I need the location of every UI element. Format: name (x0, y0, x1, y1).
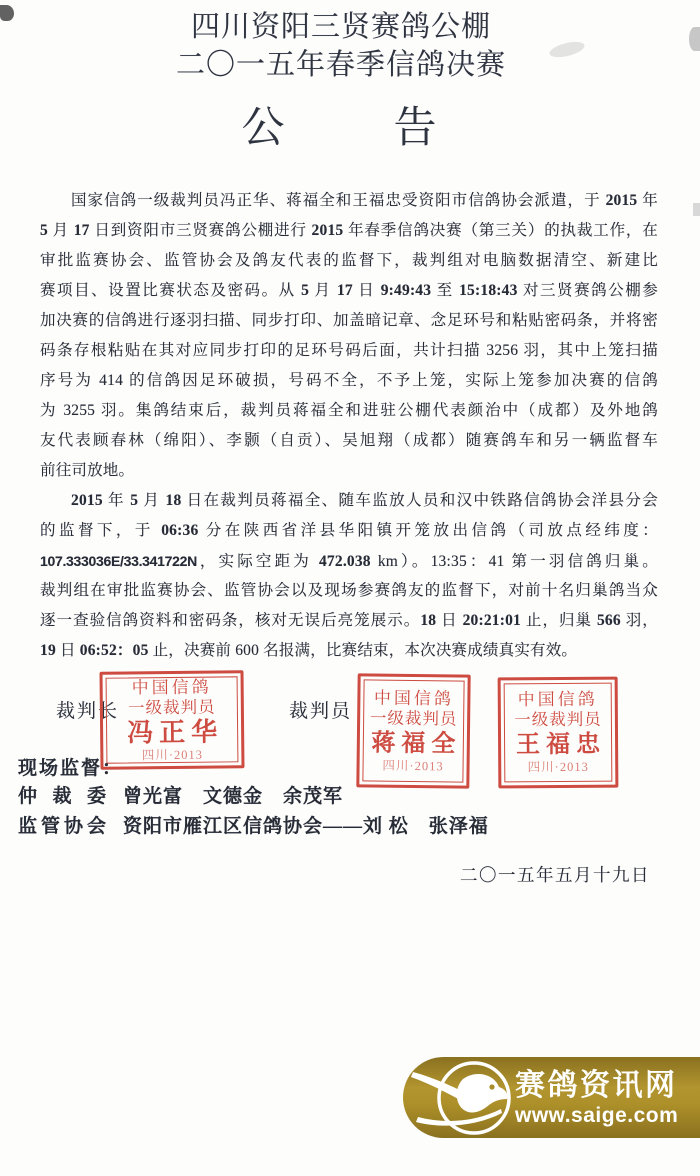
body-line: 裁判组在审批监赛协会、监管协会以及现场参赛鸽友的监督下，对前十名归巢鸽当众 (40, 576, 658, 606)
body-line: 的监督下，于 06:36 分在陕西省洋县华阳镇开笼放出信鸽（司放点经纬度： (40, 516, 658, 546)
event-title: 二〇一五年春季信鸽决赛 (0, 46, 691, 84)
saige-watermark-banner: 赛鸽资讯网 www.saige.com (403, 1057, 700, 1138)
supervising-association-names: 资阳市雁江区信鸽协会——刘 松 张泽福 (123, 811, 489, 838)
seal-inner: 中国信鸽 一级裁判员 王福忠 四川·2013 (504, 683, 613, 783)
seal-region-year-text: 四川·2013 (528, 760, 589, 775)
supervising-association-row: 监管协会 资阳市雁江区信鸽协会——刘 松 张泽福 (18, 811, 489, 838)
referee-seal-jiang-fuquan: 中国信鸽 一级裁判员 蒋福全 四川·2013 (356, 673, 470, 788)
seal-inner: 中国信鸽 一级裁判员 蒋福全 四川·2013 (362, 679, 464, 782)
seal-region-year-text: 四川·2013 (142, 747, 203, 763)
body-line: 国家信鸽一级裁判员冯正华、蒋福全和王福忠受资阳市信鸽协会派遣，于 2015 年 (40, 186, 658, 216)
seal-org-text: 中国信鸽 (374, 688, 454, 709)
document-body: 国家信鸽一级裁判员冯正华、蒋福全和王福忠受资阳市信鸽协会派遣，于 2015 年5… (40, 186, 658, 666)
seal-name-text: 王福忠 (510, 731, 606, 760)
seal-name-text: 冯正华 (121, 718, 223, 747)
body-line: 码条存根粘贴在其对应同步打印的足环号码后面，共计扫描 3256 羽，其中上笼扫描 (40, 336, 658, 366)
body-line: 19 日 06:52：05 止，决赛前 600 名报满，比赛结束，本次决赛成绩真… (40, 636, 658, 666)
body-line: 5 月 17 日到资阳市三贤赛鸽公棚进行 2015 年春季信鸽决赛（第三关）的执… (40, 216, 658, 246)
body-line: 为 3255 羽。集鸽结束后，裁判员蒋福全和进驻公棚代表颜治中（成都）及外地鸽 (40, 396, 658, 426)
body-line: 序号为 414 的信鸽因足环破损，号码不全，不予上笼，实际上笼参加决赛的信鸽 (40, 366, 658, 396)
arbitration-committee-row: 仲裁委 曾光富 文德金 余茂军 (18, 781, 343, 808)
onsite-supervision-label: 现场监督： (18, 753, 123, 780)
arbitration-committee-label: 仲裁委 (18, 781, 106, 808)
seal-grade-text: 一级裁判员 (514, 710, 602, 731)
supervising-association-label: 监管协会 (18, 811, 106, 838)
document-date: 二〇一五年五月十九日 (380, 862, 650, 887)
scan-artifact-right-edge (693, 203, 700, 216)
organization-title: 四川资阳三贤赛鸽公棚 (0, 8, 691, 46)
body-line: 赛项目、设置比赛状态及密码。从 5 月 17 日 9:49:43 至 15:18… (40, 276, 658, 306)
referee-label: 裁判员 (289, 696, 352, 723)
arbitration-committee-names: 曾光富 文德金 余茂军 (123, 781, 343, 808)
body-line: 加决赛的信鸽进行逐羽扫描、同步打印、加盖暗记章、念足环号和粘贴密码条，并将密 (40, 306, 658, 336)
body-line: 友代表顾春林（绵阳）、李颢（自贡）、吴旭翔（成都）随赛鸽车和另一辆监督车 (40, 426, 658, 456)
seal-grade-text: 一级裁判员 (370, 708, 458, 729)
body-line: 审批监赛协会、监管协会及鸽友代表的监督下，裁判组对电脑数据清空、新建比 (40, 246, 658, 276)
watermark-site-name: 赛鸽资讯网 (515, 1068, 678, 1104)
body-line: 逐一查验信鸽资料和密码条，核对无误后亮笼展示。18 日 20:21:01 止，归… (40, 606, 658, 636)
seal-org-text: 中国信鸽 (132, 677, 212, 698)
body-line: 前往司放地。 (40, 456, 658, 486)
body-line: 2015 年 5 月 18 日在裁判员蒋福全、随车监放人员和汉中铁路信鸽协会洋县… (40, 486, 658, 516)
scanned-announcement-page: 四川资阳三贤赛鸽公棚 二〇一五年春季信鸽决赛 公 告 国家信鸽一级裁判员冯正华、… (0, 0, 700, 1176)
seal-inner: 中国信鸽 一级裁判员 冯正华 四川·2013 (106, 676, 239, 763)
body-line: 107.333036E/33.341722N，实际空距为 472.038 km）… (40, 546, 658, 576)
announcement-heading: 公 告 (0, 100, 689, 158)
heading-char-2: 告 (394, 100, 437, 158)
seal-org-text: 中国信鸽 (518, 690, 598, 711)
heading-char-1: 公 (242, 100, 285, 158)
seal-grade-text: 一级裁判员 (128, 697, 216, 718)
seal-name-text: 蒋福全 (365, 729, 461, 758)
referee-seal-wang-fuzhong: 中国信鸽 一级裁判员 王福忠 四川·2013 (498, 677, 619, 789)
seal-region-year-text: 四川·2013 (382, 758, 443, 774)
document-header: 四川资阳三贤赛鸽公棚 二〇一五年春季信鸽决赛 (0, 8, 691, 84)
watermark-site-url: www.saige.com (515, 1104, 678, 1127)
watermark-text: 赛鸽资讯网 www.saige.com (515, 1068, 678, 1127)
